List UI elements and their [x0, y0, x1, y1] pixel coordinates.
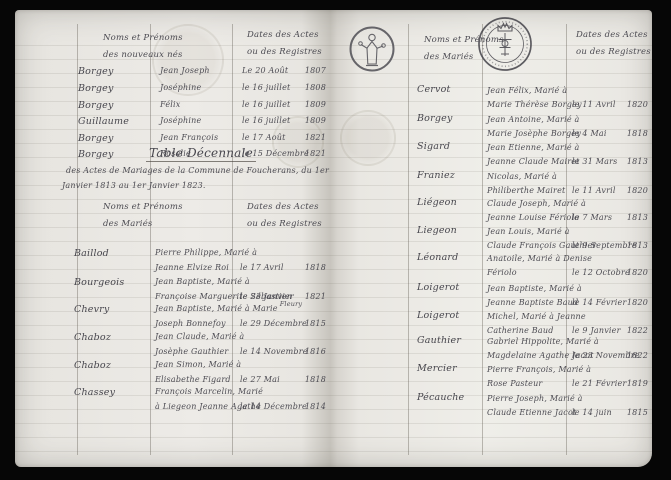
surname: Franiez — [417, 170, 455, 181]
surname: Loigerot — [417, 310, 459, 321]
spouse-detail-line1: Pierre Joseph, Marié à — [487, 394, 583, 403]
spouse-detail-line1: Claude Joseph, Marié à — [487, 199, 586, 208]
spouse-detail-line1: Michel, Marié à Jeanne — [487, 312, 586, 321]
marriage-record-row: Pécauche Pierre Joseph, Marié à Claude E… — [332, 392, 652, 422]
marriages-dates-header-line1: Dates des Actes — [247, 202, 319, 212]
surname: Chaboz — [74, 332, 111, 343]
surname: Chaboz — [74, 360, 111, 371]
act-date: le 7 Mars — [572, 213, 612, 222]
register-paper: Noms et Prénoms des nouveaux nés Dates d… — [15, 10, 652, 467]
marriage-record-row: Loigerot Jean Baptiste, Marié à Jeanne B… — [332, 282, 652, 312]
act-date: Le 20 Août — [242, 66, 288, 75]
act-year: 1808 — [286, 83, 326, 92]
left-page: Noms et Prénoms des nouveaux nés Dates d… — [46, 10, 332, 467]
surname: Borgey — [78, 100, 114, 111]
marriage-record-row: Chaboz Jean Claude, Marié à Josèphe Gaut… — [46, 330, 332, 360]
marriage-record-row: Chaboz Jean Simon, Marié à Elisabethe Fi… — [46, 358, 332, 388]
spouse-detail-line2: Fériolo — [487, 268, 517, 277]
act-date: le 14 juin — [572, 408, 612, 417]
scanned-register-page: { "scan": { "left_page": { "births": { "… — [0, 0, 671, 480]
marriage-record-row: Mercier Pierre François, Marié à Rose Pa… — [332, 363, 652, 393]
given-names: Joséphine — [160, 116, 201, 125]
births-dates-header-line1: Dates des Actes — [247, 30, 319, 40]
marriages-names-header-line1: Noms et Prénoms — [103, 202, 183, 212]
given-names: Jean François — [160, 133, 218, 142]
spouse-detail-line2: Jeanne Claude Mairet — [487, 157, 580, 166]
decennial-subtitle-line2: Janvier 1813 au 1er Janvier 1823. — [62, 181, 206, 190]
act-year: 1818 — [286, 375, 326, 384]
spouse-detail-line2: Jeanne Elvize Roi — [155, 263, 229, 272]
surname: Borgey — [78, 149, 114, 160]
act-year: 1816 — [286, 347, 326, 356]
act-year: 1822 — [610, 351, 648, 360]
births-names-header-line2: des nouveaux nés — [103, 50, 183, 60]
marriage-record-row: Liegeon Jean Louis, Marié à Claude Franç… — [332, 225, 652, 255]
surname: Sigard — [417, 141, 450, 152]
marriage-record-row: Chevry Jean Baptiste, Marié à MarieFleur… — [46, 302, 332, 332]
act-year: 1819 — [610, 379, 648, 388]
marriage-record-row: Léonard Anatoile, Marié à Denise Fériolo… — [332, 252, 652, 282]
act-date: le 17 Avril — [240, 263, 284, 272]
marriage-record-row: Chassey François Marcelin, Marié à Liege… — [46, 385, 332, 415]
act-date: le 17 Août — [242, 133, 286, 142]
marriage-record-row: Baillod Pierre Philippe, Marié à Jeanne … — [46, 246, 332, 276]
surname: Mercier — [417, 363, 457, 374]
spouse-detail-line1: Jean Claude, Marié à — [155, 332, 246, 341]
spouse-detail-line2: Marie Thérèse Borgey — [487, 100, 582, 109]
act-year: 1820 — [610, 100, 648, 109]
act-year: 1813 — [610, 213, 648, 222]
given-names: Jean Joseph — [160, 66, 210, 75]
spouse-detail-line2: Josèphe Gauthier — [155, 347, 228, 356]
spouse-detail-line1: Anatoile, Marié à Denise — [487, 254, 592, 263]
surname: Liégeon — [417, 197, 457, 208]
surname: Borgey — [78, 83, 114, 94]
spouse-detail-line1: Jean Félix, Marié à — [487, 86, 567, 95]
spouse-detail-text: Jean Baptiste, Marié à Marie — [155, 304, 278, 313]
act-year: 1820 — [610, 186, 648, 195]
act-date: le 4 Mai — [572, 129, 607, 138]
spouse-detail-text: Pierre Philippe, Marié à — [155, 248, 257, 257]
act-year: 1822 — [610, 326, 648, 335]
surname: Chassey — [74, 387, 115, 398]
marriage-record-row: Gauthier Gabriel Hippolite, Marié à Magd… — [332, 335, 652, 365]
decennial-subtitle-line1: des Actes de Mariages de la Commune de F… — [66, 166, 329, 175]
spouse-detail-line1: François Marcelin, Marié — [155, 387, 265, 396]
spouse-detail-line2: Rose Pasteur — [487, 379, 542, 388]
surname: Baillod — [74, 248, 109, 259]
act-date: le 16 juillet — [242, 100, 290, 109]
act-year: 1815 — [286, 319, 326, 328]
spouse-detail-line2: Claude Etienne Jacot — [487, 408, 576, 417]
spouse-detail-line1: Pierre François, Marié à — [487, 365, 591, 374]
surname: Cervot — [417, 84, 451, 95]
surname: Liegeon — [417, 225, 457, 236]
act-year: 1815 — [610, 408, 648, 417]
births-dates-header-line2: ou des Registres — [247, 47, 322, 57]
spouse-detail-line2: Elisabethe Figard — [155, 375, 231, 384]
marriages-names-header-line2: des Mariés — [103, 219, 152, 229]
inserted-word: Fleury — [280, 300, 303, 308]
decennial-table-title: Table Décennale — [146, 146, 256, 162]
spouse-detail-text: Jean Simon, Marié à — [155, 360, 241, 369]
spouse-detail-line1: Jean Louis, Marié à — [487, 227, 570, 236]
spouse-detail-line1: Nicolas, Marié à — [487, 172, 557, 181]
spouse-detail-line2: Marie Josèphe Borgey — [487, 129, 581, 138]
act-date: le 27 Mai — [240, 375, 280, 384]
act-year: 1821 — [286, 149, 326, 158]
marriage-record-row: Liégeon Claude Joseph, Marié à Jeanne Lo… — [332, 197, 652, 227]
births-names-header-line1: Noms et Prénoms — [103, 33, 183, 43]
crown-seal-stamp-icon — [475, 14, 535, 74]
right-page: Noms et Prénoms des Mariés Dates des Act… — [332, 10, 652, 467]
marriage-record-row: Franiez Nicolas, Marié à Philiberthe Mai… — [332, 170, 652, 200]
spouse-detail-text: François Marcelin, Marié — [155, 387, 263, 396]
surname: Bourgeois — [74, 277, 125, 288]
spouse-detail-text: Jean Claude, Marié à — [155, 332, 244, 341]
spouse-detail-line2: Jeanne Louise Fériolo — [487, 213, 579, 222]
surname: Guillaume — [78, 116, 129, 127]
marriages-dates-header-line2: ou des Registres — [247, 219, 322, 229]
surname: Borgey — [78, 133, 114, 144]
spouse-detail-text: Jean Baptiste, Marié à — [155, 277, 250, 286]
act-year: 1820 — [610, 268, 648, 277]
surname: Borgey — [417, 113, 453, 124]
marriages-names-header-line2: des Mariés — [424, 52, 473, 62]
act-date: le 16 juillet — [242, 83, 290, 92]
act-year: 1814 — [286, 402, 326, 411]
spouse-detail-line1: Jean Etienne, Marié à — [487, 143, 579, 152]
surname: Pécauche — [417, 392, 464, 403]
act-year: 1813 — [610, 241, 648, 250]
spouse-detail-line1: Pierre Philippe, Marié à — [155, 248, 259, 257]
spouse-detail-line1: Jean Simon, Marié à — [155, 360, 243, 369]
spouse-detail-line2: Joseph Bonnefoy — [155, 319, 226, 328]
surname: Loigerot — [417, 282, 459, 293]
act-year: 1818 — [286, 263, 326, 272]
act-year: 1809 — [286, 100, 326, 109]
spouse-detail-line1: Jean Antoine, Marié à — [487, 115, 580, 124]
marriages-dates-header-line1: Dates des Actes — [576, 30, 648, 40]
act-year: 1818 — [610, 129, 648, 138]
marriage-record-row: Borgey Jean Antoine, Marié à Marie Josèp… — [332, 113, 652, 143]
marriage-record-row: Sigard Jean Etienne, Marié à Jeanne Clau… — [332, 141, 652, 171]
spouse-detail-line1: Gabriel Hippolite, Marié à — [487, 337, 599, 346]
spouse-detail-line1: Jean Baptiste, Marié à — [487, 284, 582, 293]
spouse-detail-line1: Jean Baptiste, Marié à — [155, 277, 252, 286]
act-year: 1807 — [286, 66, 326, 75]
spouse-detail-line2: Catherine Baud — [487, 326, 554, 335]
act-year: 1820 — [610, 298, 648, 307]
given-names: Joséphine — [160, 83, 201, 92]
act-year: 1821 — [286, 133, 326, 142]
spouse-detail-line2: Philiberthe Mairet — [487, 186, 565, 195]
marriage-record-row: Cervot Jean Félix, Marié à Marie Thérèse… — [332, 84, 652, 114]
act-year: 1809 — [286, 116, 326, 125]
surname: Borgey — [78, 66, 114, 77]
act-date: le 16 juillet — [242, 116, 290, 125]
surname: Gauthier — [417, 335, 461, 346]
given-names: Félix — [160, 100, 180, 109]
marriages-dates-header-line2: ou des Registres — [576, 47, 651, 57]
surname: Chevry — [74, 304, 110, 315]
spouse-detail-line1: Jean Baptiste, Marié à MarieFleury — [155, 304, 302, 313]
spouse-detail-line2: Jeanne Baptiste Baud — [487, 298, 578, 307]
surname: Léonard — [417, 252, 458, 263]
act-year: 1813 — [610, 157, 648, 166]
figure-seal-stamp-icon — [348, 25, 396, 73]
